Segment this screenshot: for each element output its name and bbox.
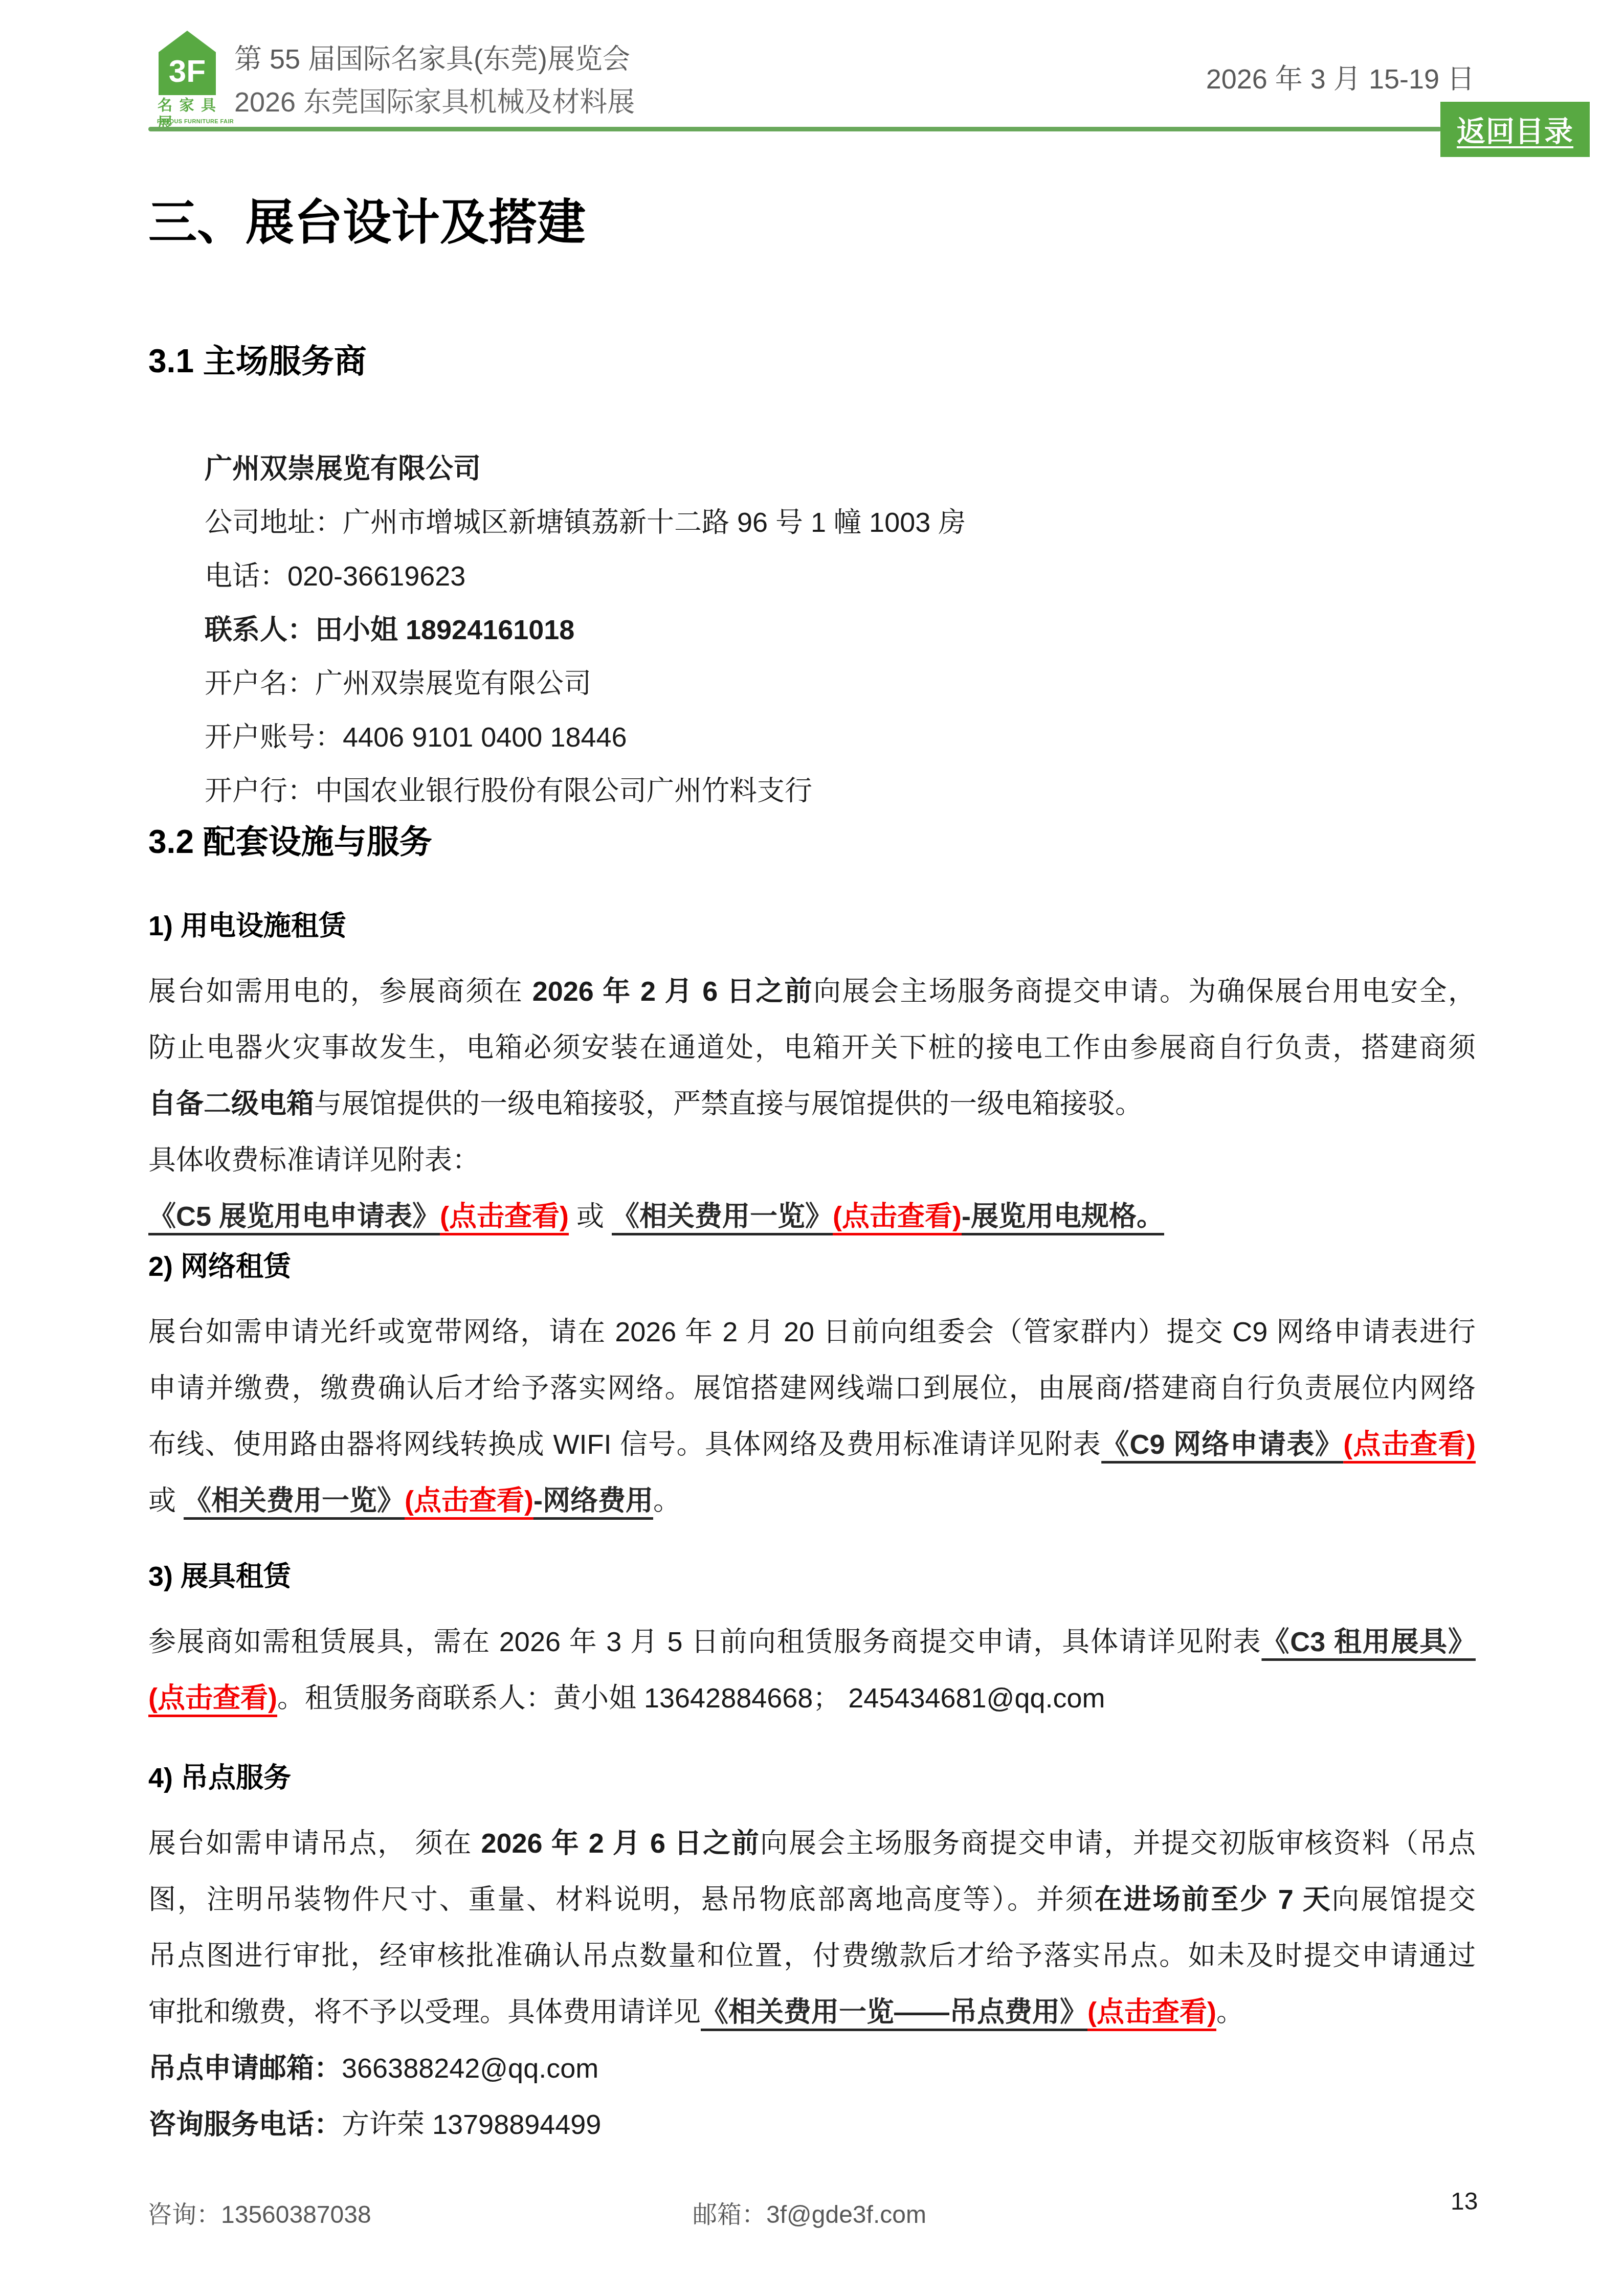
- text-line: 展台如需申请光纤或宽带网络，请在 2026 年 2 月 20 日前向组委会（管家…: [148, 1304, 1476, 1360]
- text-run: 开户行：中国农业银行股份有限公司广州竹料支行: [205, 776, 812, 806]
- text-line: 广州双崇展览有限公司: [205, 442, 1432, 496]
- text-line: 吊点图进行审批，经审核批准确认吊点数量和位置，付费缴款后才给予落实吊点。如未及时…: [148, 1928, 1476, 1984]
- click-to-view-link[interactable]: (点击查看): [440, 1201, 569, 1232]
- text-line: 审批和缴费，将不予以受理。具体费用请详见《相关费用一览——吊点费用》(点击查看)…: [148, 1984, 1476, 2040]
- text-run: 向展馆提交: [1332, 1884, 1476, 1915]
- item-4-paragraph: 展台如需申请吊点， 须在 2026 年 2 月 6 日之前向展会主场服务商提交申…: [148, 1815, 1476, 2153]
- item-2-paragraph: 展台如需申请光纤或宽带网络，请在 2026 年 2 月 20 日前向组委会（管家…: [148, 1304, 1476, 1529]
- text-line: 防止电器火灾事故发生，电箱必须安装在通道处，电箱开关下桩的接电工作由参展商自行负…: [148, 1020, 1476, 1076]
- doc-link[interactable]: 《相关费用一览》: [612, 1201, 833, 1232]
- text-run: 。: [1216, 1997, 1244, 2028]
- text-run: 向展会主场服务商提交申请，并提交初版审核资料（吊点: [760, 1828, 1476, 1859]
- doc-link[interactable]: 《C5 展览用电申请表》: [148, 1201, 440, 1232]
- text-run: 咨询服务电话：: [148, 2109, 342, 2140]
- item-2-heading: 2) 网络租赁: [148, 1250, 291, 1284]
- text-run: 366388242@qq.com: [342, 2053, 598, 2084]
- text-run: 与展馆提供的一级电箱接驳，严禁直接与展馆提供的一级电箱接驳。: [314, 1089, 1143, 1119]
- logo-house-icon: 3F: [159, 31, 216, 95]
- exhibition-date: 2026 年 3 月 15-19 日: [1206, 57, 1475, 97]
- text-run: 展台如需用电的，参展商须在: [148, 976, 532, 1007]
- text-run: 联系人：田小姐 18924161018: [205, 615, 574, 645]
- text-run: 自备二级电箱: [148, 1089, 314, 1119]
- click-to-view-link[interactable]: (点击查看): [1087, 1997, 1216, 2028]
- text-run: 申请并缴费，缴费确认后才给予落实网络。展馆搭建网线端口到展位，由展商/搭建商自行…: [148, 1373, 1476, 1404]
- item-1-heading: 1) 用电设施租赁: [148, 909, 346, 943]
- text-run: 吊点申请邮箱：: [148, 2053, 342, 2084]
- text-line: 吊点申请邮箱：366388242@qq.com: [148, 2040, 1476, 2097]
- text-line: 开户名：广州双崇展览有限公司: [205, 657, 1432, 711]
- click-to-view-link[interactable]: (点击查看): [148, 1683, 277, 1714]
- page-number: 13: [1451, 2188, 1478, 2216]
- text-line: 具体收费标准请详见附表：: [148, 1132, 1476, 1188]
- click-to-view-link[interactable]: (点击查看): [1343, 1429, 1476, 1460]
- chapter-heading: 三、展台设计及搭建: [148, 195, 586, 251]
- text-run: 2026 年 2 月 6 日之前: [532, 976, 813, 1007]
- text-run: 。租赁服务商联系人：黄小姐 13642884668； 245434681@qq.…: [277, 1683, 1105, 1714]
- text-run: 电话：020-36619623: [205, 561, 465, 592]
- text-line: 图，注明吊装物件尺寸、重量、材料说明，悬吊物底部离地高度等）。并须在进场前至少 …: [148, 1872, 1476, 1928]
- text-run: 或: [148, 1485, 184, 1516]
- text-run: 图，注明吊装物件尺寸、重量、材料说明，悬吊物底部离地高度等）。并须: [148, 1884, 1095, 1915]
- text-run: 审批和缴费，将不予以受理。具体费用请详见: [148, 1997, 701, 2028]
- text-line: 或 《相关费用一览》(点击查看)-网络费用。: [148, 1473, 1476, 1529]
- text-run: 开户名：广州双崇展览有限公司: [205, 668, 591, 699]
- click-to-view-link[interactable]: (点击查看): [833, 1201, 962, 1232]
- text-run: 防止电器火灾事故发生，电箱必须安装在通道处，电箱开关下桩的接电工作由参展商自行负…: [148, 1032, 1476, 1063]
- text-line: 电话：020-36619623: [205, 550, 1432, 603]
- doc-link[interactable]: 《C9 网络申请表》: [1101, 1429, 1343, 1460]
- item-3-heading: 3) 展具租赁: [148, 1560, 291, 1593]
- text-run: 吊点图进行审批，经审核批准确认吊点数量和位置，付费缴款后才给予落实吊点。如未及时…: [148, 1941, 1476, 1971]
- text-line: 布线、使用路由器将网线转换成 WIFI 信号。具体网络及费用标准请详见附表《C9…: [148, 1416, 1476, 1473]
- text-line: 咨询服务电话：方许荣 13798894499: [148, 2097, 1476, 2153]
- text-run: 展台如需申请光纤或宽带网络，请在 2026 年 2 月 20 日前向组委会（管家…: [148, 1317, 1476, 1347]
- text-run: 参展商如需租赁展具，需在 2026 年 3 月 5 日前向租赁服务商提交申请，具…: [148, 1627, 1261, 1657]
- exhibition-title-line2: 2026 东莞国际家具机械及材料展: [234, 81, 635, 124]
- header-divider: [148, 127, 1441, 131]
- service-provider-details: 广州双崇展览有限公司公司地址：广州市增城区新塘镇荔新十二路 96 号 1 幢 1…: [205, 442, 1432, 818]
- text-run: 展台如需申请吊点， 须在: [148, 1828, 481, 1859]
- text-line: 申请并缴费，缴费确认后才给予落实网络。展馆搭建网线端口到展位，由展商/搭建商自行…: [148, 1360, 1476, 1416]
- text-run: 。: [653, 1485, 681, 1516]
- section-3-1-heading: 3.1 主场服务商: [148, 342, 367, 381]
- item-3-paragraph: 参展商如需租赁展具，需在 2026 年 3 月 5 日前向租赁服务商提交申请，具…: [148, 1614, 1476, 1726]
- exhibition-title-line1: 第 55 届国际名家具(东莞)展览会: [234, 38, 635, 81]
- text-run: 向展会主场服务商提交申请。为确保展台用电安全，: [813, 976, 1476, 1007]
- back-to-toc-button[interactable]: 返回目录: [1440, 102, 1590, 157]
- doc-link[interactable]: 《相关费用一览》: [184, 1485, 405, 1516]
- text-line: (点击查看)。租赁服务商联系人：黄小姐 13642884668； 2454346…: [148, 1670, 1476, 1726]
- text-run: 或: [569, 1201, 612, 1232]
- item-4-heading: 4) 吊点服务: [148, 1761, 291, 1795]
- footer-phone: 咨询：13560387038: [147, 2195, 371, 2230]
- text-run: 公司地址：广州市增城区新塘镇荔新十二路 96 号 1 幢 1003 房: [205, 507, 966, 538]
- text-line: 联系人：田小姐 18924161018: [205, 603, 1432, 657]
- doc-link[interactable]: -网络费用: [533, 1485, 653, 1516]
- text-line: 展台如需用电的，参展商须在 2026 年 2 月 6 日之前向展会主场服务商提交…: [148, 963, 1476, 1020]
- text-line: 参展商如需租赁展具，需在 2026 年 3 月 5 日前向租赁服务商提交申请，具…: [148, 1614, 1476, 1670]
- logo-brand-text: 3F: [169, 54, 206, 89]
- click-to-view-link[interactable]: (点击查看): [405, 1485, 533, 1516]
- doc-link[interactable]: -展览用电规格。: [962, 1201, 1164, 1232]
- text-line: 公司地址：广州市增城区新塘镇荔新十二路 96 号 1 幢 1003 房: [205, 496, 1432, 550]
- text-line: 《C5 展览用电申请表》(点击查看) 或 《相关费用一览》(点击查看)-展览用电…: [148, 1188, 1476, 1245]
- doc-link[interactable]: 《C3 租用展具》: [1261, 1627, 1476, 1657]
- text-line: 自备二级电箱与展馆提供的一级电箱接驳，严禁直接与展馆提供的一级电箱接驳。: [148, 1076, 1476, 1132]
- text-line: 开户行：中国农业银行股份有限公司广州竹料支行: [205, 764, 1432, 818]
- header-titles: 第 55 届国际名家具(东莞)展览会 2026 东莞国际家具机械及材料展: [234, 38, 635, 124]
- text-run: 开户账号：4406 9101 0400 18446: [205, 722, 627, 753]
- page: 3F 名家具展 FAMOUS FURNITURE FAIR 第 55 届国际名家…: [0, 0, 1624, 2296]
- text-run: 在进场前至少 7 天: [1095, 1884, 1332, 1915]
- text-run: 布线、使用路由器将网线转换成 WIFI 信号。具体网络及费用标准请详见附表: [148, 1429, 1101, 1460]
- text-line: 开户账号：4406 9101 0400 18446: [205, 711, 1432, 764]
- text-run: 广州双崇展览有限公司: [205, 454, 481, 484]
- footer-email: 邮箱：3f@gde3f.com: [693, 2195, 926, 2230]
- text-run: 2026 年 2 月 6 日之前: [481, 1828, 761, 1859]
- logo-tagline: FAMOUS FURNITURE FAIR: [157, 119, 218, 125]
- doc-link[interactable]: 《相关费用一览——吊点费用》: [701, 1997, 1087, 2028]
- section-3-2-heading: 3.2 配套设施与服务: [148, 822, 432, 862]
- item-1-paragraph: 展台如需用电的，参展商须在 2026 年 2 月 6 日之前向展会主场服务商提交…: [148, 963, 1476, 1245]
- text-run: 方许荣 13798894499: [342, 2109, 601, 2140]
- text-run: 具体收费标准请详见附表：: [148, 1145, 480, 1176]
- text-line: 展台如需申请吊点， 须在 2026 年 2 月 6 日之前向展会主场服务商提交申…: [148, 1815, 1476, 1872]
